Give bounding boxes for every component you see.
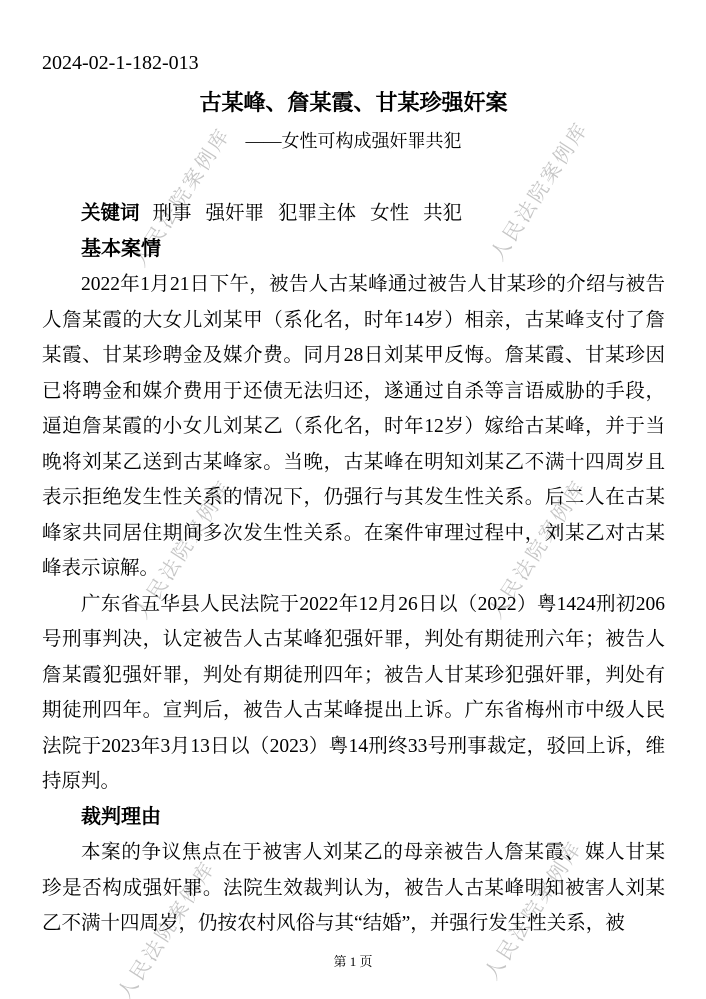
keyword-item: 刑事 [153,203,192,224]
page-footer: 第 1 页 [0,953,706,971]
document-content: 2024-02-1-182-013 古某峰、詹某霞、甘某珍强奸案 ——女性可构成… [0,0,706,942]
keywords-line: 关键词刑事强奸罪犯罪主体女性共犯 [42,196,665,232]
paragraph-facts-1: 2022年1月21日下午，被告人古某峰通过被告人甘某珍的介绍与被告人詹某霞的大女… [42,267,665,587]
keywords-label: 关键词 [81,202,140,224]
keyword-item: 女性 [370,203,409,224]
section-heading-judgment-reasons: 裁判理由 [42,800,665,836]
document-page: 人民法院案例库 人民法院案例库 人民法院案例库 人民法院案例库 人民法院案例库 … [0,0,706,999]
case-title: 古某峰、詹某霞、甘某珍强奸案 [42,88,665,118]
keyword-item: 强奸罪 [206,203,265,224]
case-number: 2024-02-1-182-013 [42,0,665,74]
paragraph-reasons-1: 本案的争议焦点在于被害人刘某乙的母亲被告人詹某霞、媒人甘某珍是否构成强奸罪。法院… [42,835,665,942]
section-basic-facts: 基本案情 2022年1月21日下午，被告人古某峰通过被告人甘某珍的介绍与被告人詹… [42,232,665,800]
section-judgment-reasons: 裁判理由 本案的争议焦点在于被害人刘某乙的母亲被告人詹某霞、媒人甘某珍是否构成强… [42,800,665,942]
case-subtitle: ——女性可构成强奸罪共犯 [42,129,665,154]
keyword-item: 共犯 [423,203,462,224]
section-heading-basic-facts: 基本案情 [42,232,665,268]
paragraph-facts-2: 广东省五华县人民法院于2022年12月26日以（2022）粤1424刑初206号… [42,587,665,800]
keyword-item: 犯罪主体 [278,203,356,224]
